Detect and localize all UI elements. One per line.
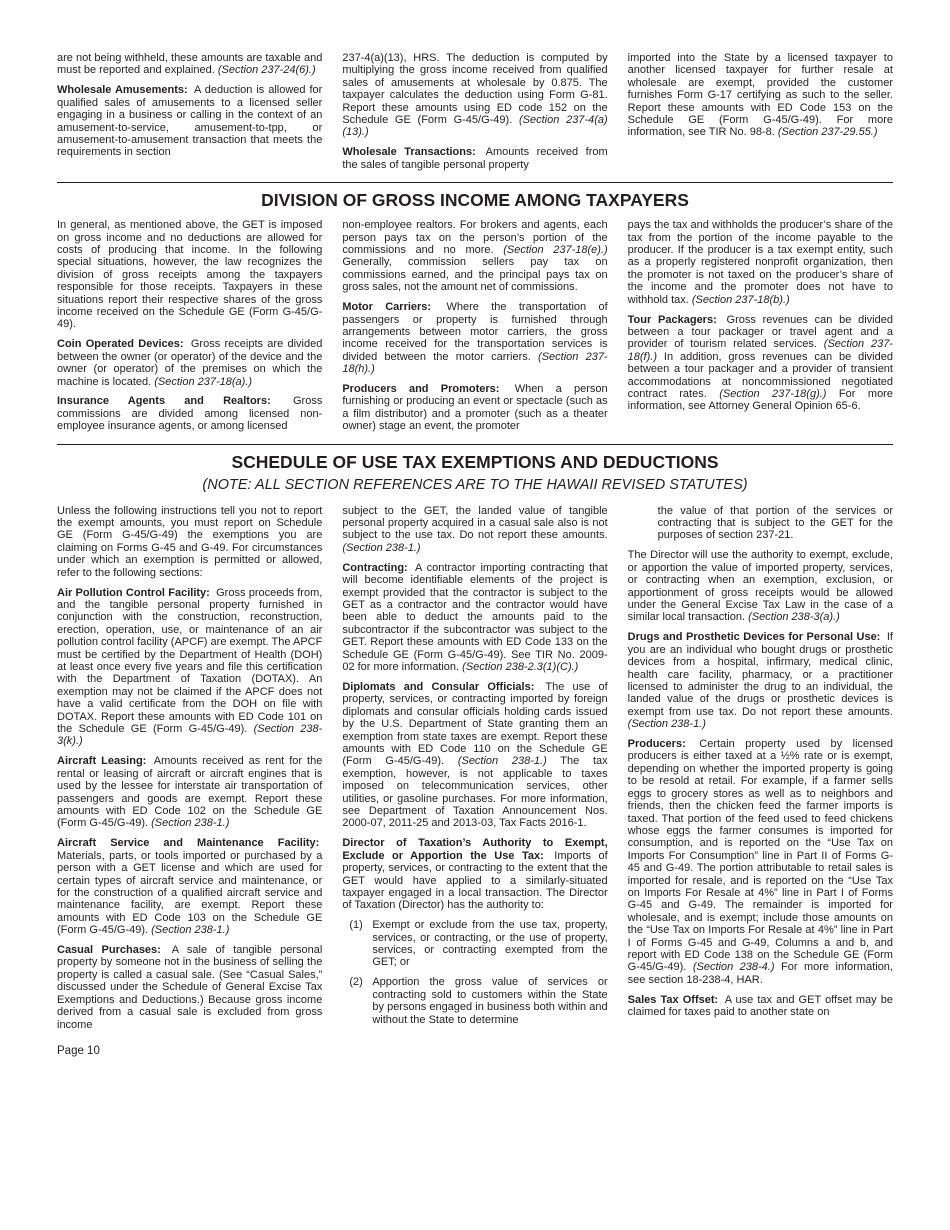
list-item-2: (2)Apportion the gross value of services… [342,976,607,1026]
paragraph-director-of-taxation-s-authority-to-exempt-exclu: Director of Taxation’s Authority to Exem… [342,837,607,911]
text-column-1: In general, as mentioned above, the GET … [57,219,322,433]
paragraph: pays the tax and withholds the producer’… [628,219,893,306]
section-reference: (Section 237-18(b).) [692,294,790,306]
section-reference: (Section 238-3(a).) [748,611,840,623]
term-label: Contracting: [342,562,410,574]
section-heading: DIVISION OF GROSS INCOME AMONG TAXPAYERS [57,190,893,210]
paragraph-aircraft-service-and-maintenance-facility: Aircraft Service and Maintenance Facilit… [57,837,322,936]
paragraph-motor-carriers: Motor Carriers: Where the transportation… [342,301,607,375]
section-reference: (Section 238-1.) [342,542,420,554]
term-label: Drugs and Prosthetic Devices for Persona… [628,631,884,643]
paragraph-sales-tax-offset: Sales Tax Offset: A use tax and GET offs… [628,994,893,1019]
text-column-2: subject to the GET, the landed value of … [342,505,607,1031]
paragraph-wholesale-transactions: Wholesale Transactions: Amounts received… [342,146,607,171]
term-label: Producers: [628,738,689,750]
section-use-tax-exemptions: SCHEDULE OF USE TAX EXEMPTIONS AND DEDUC… [57,452,893,1031]
section-reference: (Section 238-1.) [151,924,229,936]
paragraph: imported into the State by a licensed ta… [628,52,893,139]
text-column-3: the value of that portion of the service… [628,505,893,1031]
three-column-layout: In general, as mentioned above, the GET … [57,219,893,433]
section-divider-rule [57,444,893,445]
paragraph: non-employee realtors. For brokers and a… [342,219,607,293]
section-heading: SCHEDULE OF USE TAX EXEMPTIONS AND DEDUC… [57,452,893,472]
paragraph: 237-4(a)(13), HRS. The deduction is comp… [342,52,607,139]
paragraph-producers-and-promoters: Producers and Promoters: When a person f… [342,383,607,433]
section-reference: (Section 238-1.) [458,755,547,767]
section-reference: (Section 237-24(6).) [218,64,316,76]
text-run: the value of that portion of the service… [658,505,893,542]
term-label: Motor Carriers: [342,301,434,313]
paragraph-tour-packagers: Tour Packagers: Gross revenues can be di… [628,314,893,413]
section-divider-rule [57,182,893,183]
section-reference: (Section 237-18(e).) [503,244,607,256]
list-item-1: (1)Exempt or exclude from the use tax, p… [342,919,607,969]
paragraph-casual-purchases: Casual Purchases: A sale of tangible per… [57,944,322,1031]
term-label: Sales Tax Offset: [628,994,722,1006]
term-label: Coin Operated Devices: [57,338,187,350]
document-page: are not being withheld, these amounts ar… [0,0,950,1230]
term-label: Aircraft Leasing: [57,755,149,767]
paragraph: the value of that portion of the service… [628,505,893,542]
paragraph: subject to the GET, the landed value of … [342,505,607,555]
term-label: Insurance Agents and Realtors: [57,395,274,407]
text-column-2: 237-4(a)(13), HRS. The deduction is comp… [342,52,607,171]
section-reference: (Section 237-18(a).) [154,376,252,388]
paragraph-air-pollution-control-facility: Air Pollution Control Facility: Gross pr… [57,587,322,748]
paragraph-producers: Producers: Certain property used by lice… [628,738,893,986]
term-label: Tour Packagers: [628,314,720,326]
paragraph: The Director will use the authority to e… [628,549,893,623]
text-column-3: pays the tax and withholds the producer’… [628,219,893,433]
section-division-of-gross-income: DIVISION OF GROSS INCOME AMONG TAXPAYERS… [57,190,893,433]
text-run: If you are an individual who bought drug… [628,631,893,717]
section-reference: (Section 237-18(g).) [719,388,826,400]
text-run: A sale of tangible personal property by … [57,944,322,1030]
text-run: A contractor importing contracting that … [342,562,607,673]
term-label: Aircraft Service and Maintenance Facilit… [57,837,322,849]
text-column-1: are not being withheld, these amounts ar… [57,52,322,171]
text-run: Generally, commission sellers pay tax on… [342,256,607,293]
paragraph-contracting: Contracting: A contractor importing cont… [342,562,607,674]
list-number: (2) [349,976,362,988]
term-label: Producers and Promoters: [342,383,502,395]
list-number: (1) [349,919,362,931]
term-label: Diplomats and Consular Officials: [342,681,537,693]
section-subheading: (NOTE: ALL SECTION REFERENCES ARE TO THE… [57,477,893,494]
text-run: subject to the GET, the landed value of … [342,505,607,542]
text-run: Unless the following instructions tell y… [57,505,322,579]
term-label: Wholesale Transactions: [342,146,478,158]
paragraph-wholesale-amusements: Wholesale Amusements: A deduction is all… [57,84,322,158]
text-run: Certain property used by licensed produc… [628,738,893,973]
paragraph-drugs-and-prosthetic-devices-for-personal-use: Drugs and Prosthetic Devices for Persona… [628,631,893,730]
section-reference: (Section 238-1.) [151,817,229,829]
section-reference: (Section 238-4.) [693,961,775,973]
paragraph-aircraft-leasing: Aircraft Leasing: Amounts received as re… [57,755,322,829]
section-continuation: are not being withheld, these amounts ar… [57,52,893,171]
paragraph-diplomats-and-consular-officials: Diplomats and Consular Officials: The us… [342,681,607,830]
paragraph: In general, as mentioned above, the GET … [57,219,322,331]
term-label: Air Pollution Control Facility: [57,587,213,599]
three-column-layout: are not being withheld, these amounts ar… [57,52,893,171]
term-label: Wholesale Amusements: [57,84,191,96]
section-reference: (Section 238-2.3(1)(C).) [462,661,578,673]
section-reference: (Section 238-1.) [628,718,706,730]
text-column-3: imported into the State by a licensed ta… [628,52,893,171]
text-run: Gross proceeds from, and the tangible pe… [57,587,322,735]
text-run: Apportion the gross value of services or… [372,976,607,1025]
text-column-1: Unless the following instructions tell y… [57,505,322,1031]
three-column-layout: Unless the following instructions tell y… [57,505,893,1031]
page-number: Page 10 [57,1045,893,1057]
paragraph: are not being withheld, these amounts ar… [57,52,322,77]
paragraph-insurance-agents-and-realtors: Insurance Agents and Realtors: Gross com… [57,395,322,432]
text-run: Exempt or exclude from the use tax, prop… [372,919,607,968]
term-label: Casual Purchases: [57,944,164,956]
section-reference: (Section 237-29.55.) [778,126,878,138]
paragraph: Unless the following instructions tell y… [57,505,322,579]
text-run: In general, as mentioned above, the GET … [57,219,322,330]
paragraph-coin-operated-devices: Coin Operated Devices: Gross receipts ar… [57,338,322,388]
text-column-2: non-employee realtors. For brokers and a… [342,219,607,433]
